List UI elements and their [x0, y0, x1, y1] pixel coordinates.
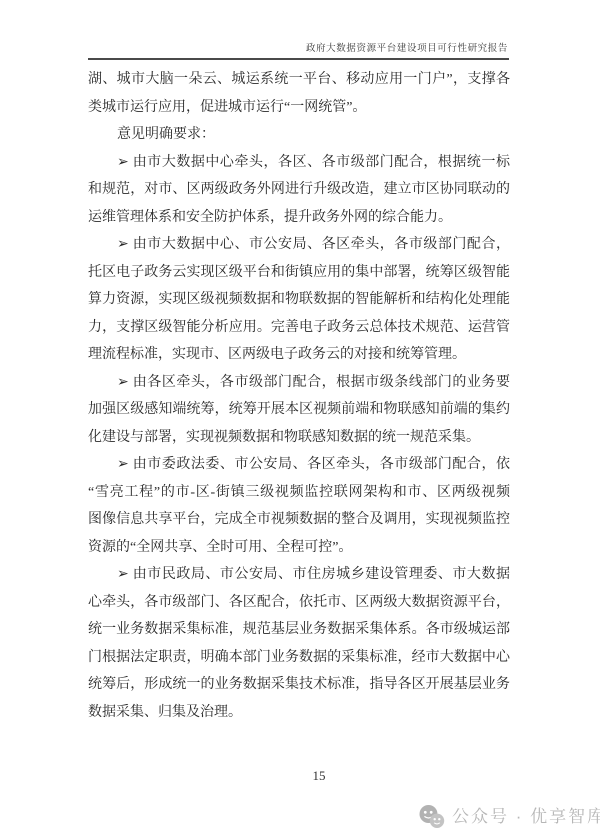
- text-line: ➢ 由市大数据中心牵头，各区、各市级部门配合，根据统一标准: [88, 149, 510, 177]
- text-line: 统一业务数据采集标准，规范基层业务数据采集体系。各市级城运部: [88, 616, 510, 644]
- text-line: ➢ 由各区牵头，各市级部门配合，根据市级条线部门的业务要求，: [88, 369, 510, 397]
- text-line: 门根据法定职责，明确本部门业务数据的采集标准，经市大数据中心: [88, 644, 510, 672]
- document-body: 湖、城市大脑一朵云、城运系统一平台、移动应用一门户”，支撑各类城市运行应用，促进…: [88, 66, 510, 726]
- text-line: 托区电子政务云实现区级平台和街镇应用的集中部署，统筹区级智能: [88, 259, 510, 287]
- text-line: 数据采集、归集及治理。: [88, 699, 510, 727]
- text-line: ➢ 由市大数据中心、市公安局、各区牵头，各市级部门配合，依: [88, 231, 510, 259]
- text-line: 心牵头，各市级部门、各区配合，依托市、区两级大数据资源平台，: [88, 589, 510, 617]
- text-line: 加强区级感知端统筹，统筹开展本区视频前端和物联感知前端的集约: [88, 396, 510, 424]
- text-line: 力，支撑区级智能分析应用。完善电子政务云总体技术规范、运营管: [88, 314, 510, 342]
- text-line: 理流程标准，实现市、区两级电子政务云的对接和统筹管理。: [88, 341, 510, 369]
- text-line: 湖、城市大脑一朵云、城运系统一平台、移动应用一门户”，支撑各: [88, 66, 510, 94]
- text-line: 统筹后，形成统一的业务数据采集技术标准，指导各区开展基层业务: [88, 671, 510, 699]
- text-line: 类城市运行应用，促进城市运行“一网统管”。: [88, 94, 510, 122]
- text-line: 化建设与部署，实现视频数据和物联感知数据的统一规范采集。: [88, 424, 510, 452]
- page-number: 15: [0, 768, 600, 784]
- watermark-label: 公众号 · 优享智库: [452, 802, 600, 827]
- watermark: 公众号 · 优享智库: [418, 802, 600, 828]
- text-line: 算力资源，实现区级视频数据和物联数据的智能解析和结构化处理能: [88, 286, 510, 314]
- wechat-official-account-icon: [418, 804, 445, 828]
- text-line: 意见明确要求：: [88, 121, 510, 149]
- header-title: 政府大数据资源平台建设项目可行性研究报告: [306, 40, 508, 54]
- text-line: ➢ 由市委政法委、市公安局、各区牵头，各市级部门配合，依托: [88, 451, 510, 479]
- text-line: ➢ 由市民政局、市公安局、市住房城乡建设管理委、市大数据中: [88, 561, 510, 589]
- text-line: “雪亮工程”的市-区-街镇三级视频监控联网架构和市、区两级视频: [88, 479, 510, 507]
- text-line: 和规范，对市、区两级政务外网进行升级改造，建立市区协同联动的: [88, 176, 510, 204]
- text-line: 运维管理体系和安全防护体系，提升政务外网的综合能力。: [88, 204, 510, 232]
- document-page: 政府大数据资源平台建设项目可行性研究报告 湖、城市大脑一朵云、城运系统一平台、移…: [0, 0, 600, 828]
- text-line: 资源的“全网共享、全时可用、全程可控”。: [88, 534, 510, 562]
- header-rule: [88, 58, 509, 60]
- text-line: 图像信息共享平台，完成全市视频数据的整合及调用，实现视频监控: [88, 506, 510, 534]
